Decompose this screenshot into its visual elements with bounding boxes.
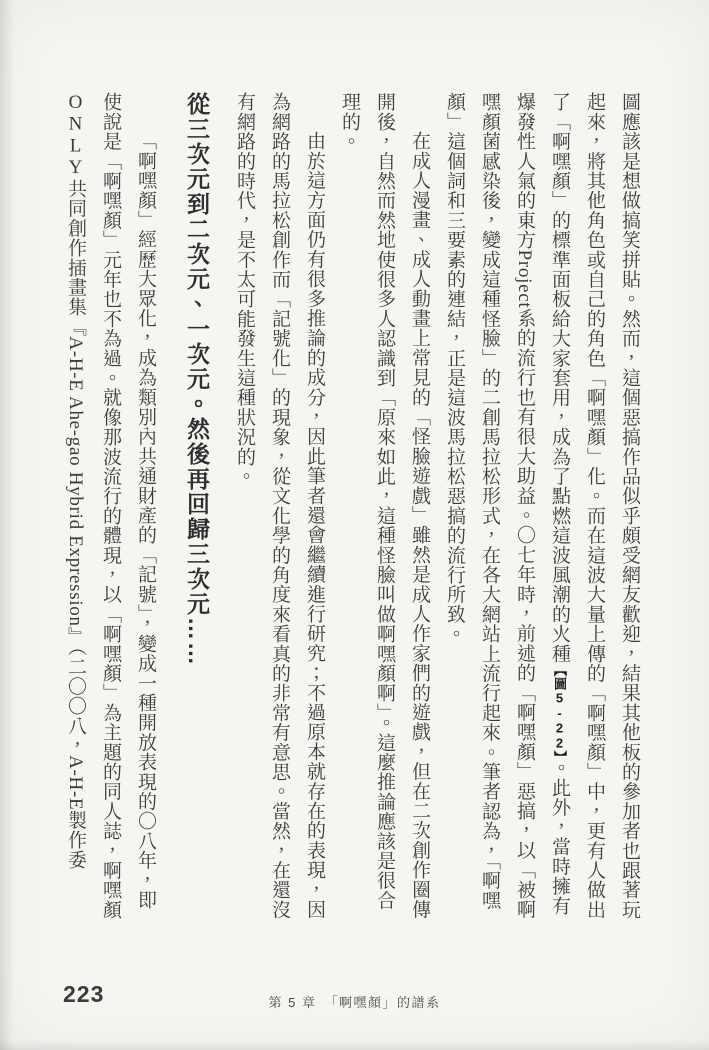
text-segment: 「啊嘿顏」經歷大眾化，成為類別內共通財產的「記號」，變成一種開放表現的〇八年，即… [100, 92, 156, 919]
body-paragraph: 在成人漫畫、成人動畫上常見的「怪臉遊戲」雖然是成人作家們的遊戲，但在二次創作圈傳… [332, 92, 437, 926]
section-heading: 從三次元到二次元、一次元。然後再回歸三次元…… [177, 92, 217, 926]
body-paragraph: 由於這方面仍有很多推論的成分，因此筆者還會繼續進行研究；不過原本就存在的表現，因… [227, 92, 332, 926]
page-bottom-shadow [0, 1040, 709, 1050]
figure-reference: 】 [552, 751, 567, 758]
page-edge-shadow [0, 0, 14, 1050]
text-segment: 共同創作插畫集『A-H-E Ahe-gao Hybrid Expression』… [65, 179, 86, 870]
text-segment: ONLY [65, 92, 86, 179]
text-segment: 在成人漫畫、成人動畫上常見的「怪臉遊戲」雖然是成人作家們的遊戲，但在二次創作圈傳… [339, 92, 430, 919]
body-paragraph: 「啊嘿顏」經歷大眾化，成為類別內共通財產的「記號」，變成一種開放表現的〇八年，即… [58, 92, 163, 926]
vertical-text-body: 圖應該是想做搞笑拼貼。然而，這個惡搞作品似乎頗受網友歡迎，結果其他板的參加者也跟… [58, 92, 647, 926]
figure-reference: 5-22 [552, 691, 567, 751]
paragraph-group-after-heading: 「啊嘿顏」經歷大眾化，成為類別內共通財產的「記號」，變成一種開放表現的〇八年，即… [58, 92, 163, 926]
body-paragraph: 圖應該是想做搞笑拼貼。然而，這個惡搞作品似乎頗受網友歡迎，結果其他板的參加者也跟… [437, 92, 647, 926]
paragraph-group-before-heading: 圖應該是想做搞笑拼貼。然而，這個惡搞作品似乎頗受網友歡迎，結果其他板的參加者也跟… [227, 92, 647, 926]
running-footer-chapter-title: 第 5 章 「啊嘿顏」的譜系 [0, 992, 709, 1011]
text-segment: 由於這方面仍有很多推論的成分，因此筆者還會繼續進行研究；不過原本就存在的表現，因… [234, 92, 325, 919]
figure-reference: 【圖 [552, 663, 567, 690]
book-page: 圖應該是想做搞笑拼貼。然而，這個惡搞作品似乎頗受網友歡迎，結果其他板的參加者也跟… [0, 0, 709, 1050]
